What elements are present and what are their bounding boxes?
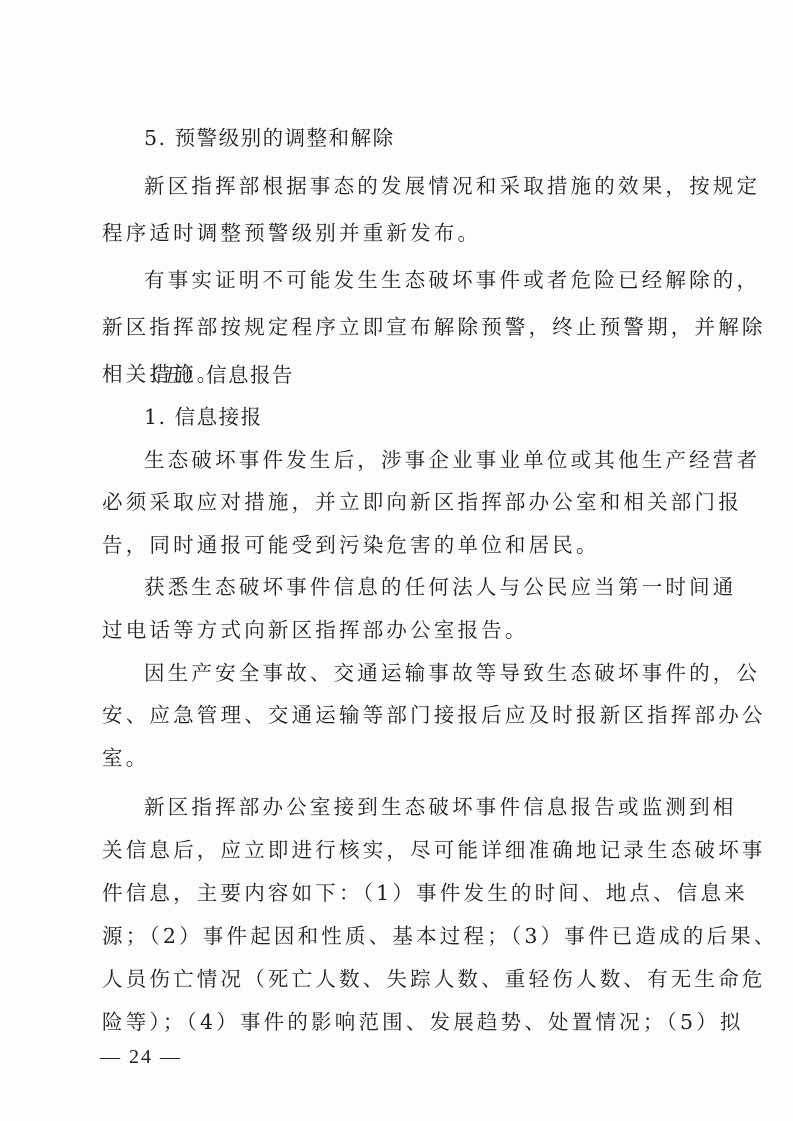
- subheading-warning-adjustment: 5. 预警级别的调整和解除: [144, 124, 714, 152]
- paragraph-line: 过电话等方式向新区指挥部办公室报告。: [102, 616, 714, 644]
- subheading-info-receipt: 1. 信息接报: [144, 403, 714, 431]
- paragraph-line: 告，同时通报可能受到污染危害的单位和居民。: [102, 531, 714, 559]
- section-heading-info-report: （五）信息报告: [140, 361, 710, 389]
- document-page: 5. 预警级别的调整和解除 新区指挥部根据事态的发展情况和采取措施的效果，按规定…: [0, 0, 793, 1121]
- paragraph-line: 源；（2）事件起因和性质、基本过程；（3）事件已造成的后果、: [102, 922, 714, 950]
- paragraph-line: 因生产安全事故、交通运输事故等导致生态破坏事件的，公: [144, 659, 714, 687]
- paragraph-line: 室。: [102, 744, 714, 772]
- paragraph-line: 获悉生态破坏事件信息的任何法人与公民应当第一时间通: [144, 573, 714, 601]
- paragraph-line: 新区指挥部按规定程序立即宣布解除预警，终止预警期，并解除: [102, 313, 714, 341]
- paragraph-line: 必须采取应对措施，并立即向新区指挥部办公室和相关部门报: [102, 488, 714, 516]
- paragraph-line: 险等）；（4）事件的影响范围、发展趋势、处置情况；（5）拟: [102, 1008, 714, 1036]
- page-number: — 24 —: [100, 1046, 182, 1069]
- paragraph-line: 件信息，主要内容如下：（1）事件发生的时间、地点、信息来: [102, 879, 714, 907]
- paragraph-line: 关信息后，应立即进行核实，尽可能详细准确地记录生态破坏事: [102, 836, 714, 864]
- paragraph-line: 程序适时调整预警级别并重新发布。: [102, 219, 714, 247]
- paragraph-line: 安、应急管理、交通运输等部门接报后应及时报新区指挥部办公: [102, 701, 714, 729]
- paragraph-line: 新区指挥部办公室接到生态破坏事件信息报告或监测到相: [144, 793, 714, 821]
- paragraph-line: 有事实证明不可能发生生态破坏事件或者危险已经解除的，: [144, 266, 714, 294]
- paragraph-line: 生态破坏事件发生后，涉事企业事业单位或其他生产经营者: [144, 446, 714, 474]
- paragraph-line: 人员伤亡情况（死亡人数、失踪人数、重轻伤人数、有无生命危: [102, 965, 714, 993]
- paragraph-line: 新区指挥部根据事态的发展情况和采取措施的效果，按规定: [144, 172, 714, 200]
